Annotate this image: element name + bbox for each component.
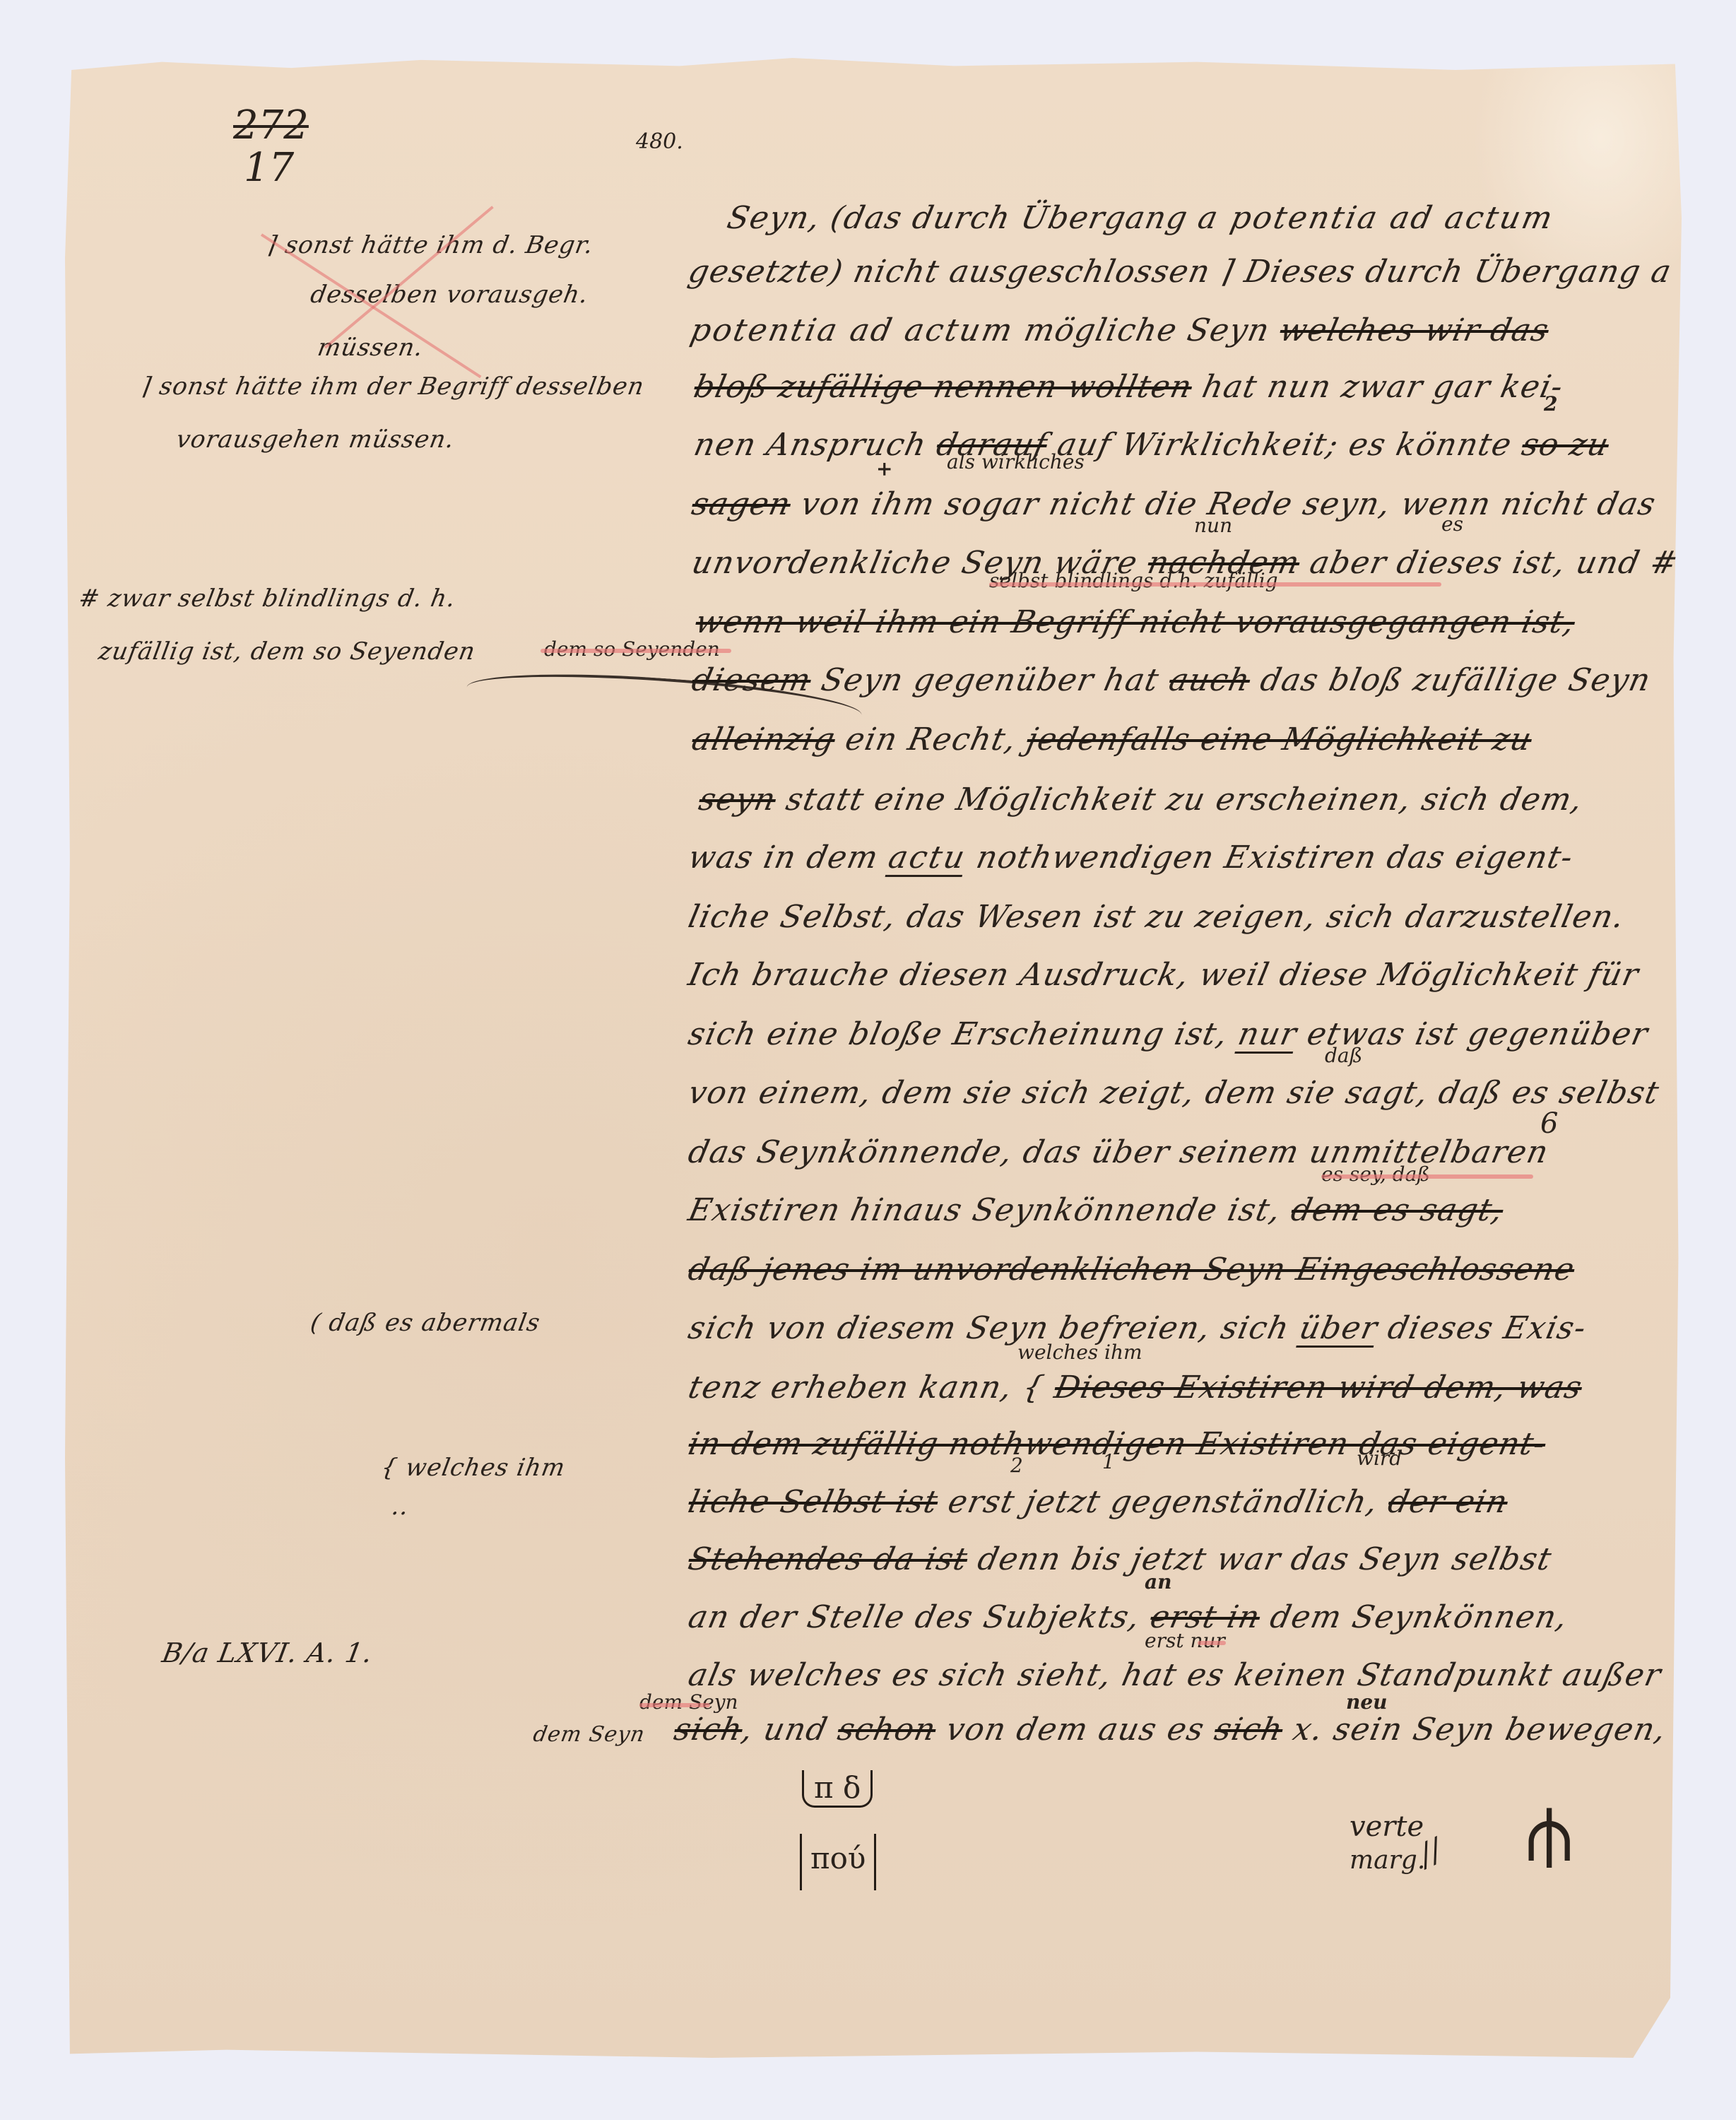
text-segment: gesetzte) nicht ausgeschlossen ⌉ Dieses … (685, 254, 1655, 290)
struck-text: so zu (1518, 427, 1612, 463)
manuscript-line: daß jenes im unvordenklichen Seyn Einges… (685, 1254, 1578, 1285)
manuscript-line: liche Selbst, das Wesen ist zu zeigen, s… (685, 902, 1627, 933)
text-segment: auf Wirklichkeit; es könnte (1043, 427, 1526, 463)
text-segment: erst jetzt gegenständlich, (934, 1484, 1393, 1520)
shelfmark: B/a LXVI. A. 1. (160, 1639, 375, 1666)
text-segment: denn bis jetzt war das Seyn selbst (964, 1541, 1556, 1577)
text-segment: nothwendigen Existiren das eigent- (962, 840, 1577, 876)
interlinear-insertion: neu (1346, 1692, 1388, 1712)
text-segment: was in dem (685, 840, 893, 876)
verte-note: verte (1350, 1813, 1424, 1841)
manuscript-line: diesem Seyn gegenüber hat auch das bloß … (689, 665, 1653, 696)
manuscript-line: was in dem actu nothwendigen Existiren d… (685, 842, 1576, 873)
struck-text: bloß zufällige nennen wollten (691, 369, 1196, 405)
manuscript-line: seyn statt eine Möglichkeit zu erscheine… (696, 784, 1586, 815)
struck-text: alleinzig (689, 722, 839, 758)
text-segment: aber dieses ist, und # (1296, 545, 1682, 581)
text-segment: statt eine Möglichkeit zu erscheinen, si… (772, 782, 1587, 818)
text-segment: von einem, dem sie sich zeigt, dem sie s… (685, 1075, 1663, 1111)
text-segment: über (1297, 1310, 1381, 1346)
page-number: 480. (636, 131, 683, 153)
text-segment: nur (1235, 1016, 1301, 1052)
text-segment: hat nun zwar gar kei- (1188, 369, 1567, 405)
text-segment: an der Stelle des Subjekts, (685, 1599, 1155, 1635)
text-segment: dieses Exis- (1374, 1310, 1590, 1346)
struck-text: Dieses Existiren wird dem, was (1051, 1370, 1586, 1406)
text-segment: nen Anspruch (691, 427, 941, 463)
interlinear-insertion-red-struck: selbst blindlings d.h. zufällig (989, 571, 1278, 591)
struck-text: der ein (1385, 1484, 1511, 1520)
manuscript-line: alleinzig ein Recht, jedenfalls eine Mög… (689, 724, 1535, 755)
struck-text: daß jenes im unvordenklichen Seyn Einges… (685, 1252, 1578, 1288)
interlinear-insertion: an (1145, 1572, 1172, 1592)
struck-text: dem es sagt, (1288, 1192, 1507, 1228)
interlinear-insertion: daß (1325, 1046, 1362, 1066)
text-segment: Seyn, (das durch Übergang (724, 200, 1203, 236)
text-segment: mögliche Seyn (1010, 312, 1284, 348)
insertion-mark: + (876, 459, 892, 479)
red-strike-mark (1198, 1641, 1226, 1645)
interlinear-insertion: wird (1357, 1449, 1402, 1468)
red-strike-mark (1321, 1174, 1533, 1179)
manuscript-line: Stehendes da ist denn bis jetzt war das … (685, 1544, 1554, 1575)
text-segment: sich von diesem Seyn befreien, sich (685, 1310, 1304, 1346)
margin-note-line: ⌉ sonst hätte ihm der Begriff desselben (139, 375, 646, 399)
interlinear-insertion-red-struck: dem Seyn (639, 1692, 738, 1712)
red-strike-mark (541, 649, 731, 653)
margin-note-line: # zwar selbst blindlings d. h. (77, 587, 458, 611)
interlinear-insertion: welches ihm (1017, 1343, 1142, 1362)
text-segment: x. sein Seyn bewegen, (1279, 1712, 1670, 1748)
verte-marg-note: marg. (1350, 1848, 1425, 1873)
interlinear-insertion: nun (1194, 516, 1232, 536)
text-segment: das bloß zufällige Seyn (1246, 662, 1655, 698)
manuscript-line: potentia ad actum mögliche Seyn welches … (687, 315, 1552, 346)
struck-text: Stehendes da ist (685, 1541, 972, 1577)
red-strike-mark (989, 582, 1441, 587)
manuscript-line: bloß zufällige nennen wollten hat nun zw… (691, 372, 1566, 403)
text-segment: Ich brauche diesen Ausdruck, weil diese … (685, 957, 1643, 993)
struck-text: auch (1166, 662, 1253, 698)
text-segment: ein Recht, (831, 722, 1031, 758)
manuscript-line: Existiren hinaus Seynkönnende ist, dem e… (685, 1195, 1506, 1226)
transposition-number: 1 (1102, 1452, 1115, 1472)
manuscript-line: in dem zufällig nothwendigen Existiren d… (685, 1429, 1549, 1460)
struck-text: diesem (689, 662, 815, 698)
transposition-number: 2 (1010, 1456, 1023, 1476)
text-segment: als welches es sich sieht, hat es keinen… (685, 1657, 1665, 1693)
manuscript-line: von einem, dem sie sich zeigt, dem sie s… (685, 1078, 1662, 1109)
text-segment: Seyn gegenüber hat (807, 662, 1174, 698)
manuscript-line: liche Selbst ist erst jetzt gegenständli… (685, 1487, 1511, 1518)
struck-text: sich (671, 1712, 746, 1748)
text-segment: liche Selbst, das Wesen ist zu zeigen, s… (685, 899, 1629, 935)
struck-text: jedenfalls eine Möglichkeit zu (1024, 722, 1536, 758)
latin-phrase: actu (885, 840, 970, 876)
struck-text: schon (834, 1712, 940, 1748)
manuscript-line: wenn weil ihm ein Begriff nicht vorausge… (692, 607, 1578, 638)
greek-annotation: πού (800, 1834, 876, 1890)
old-folio-number-struck: 272 (233, 106, 309, 146)
interlinear-insertion: es (1441, 514, 1463, 534)
latin-phrase: potentia ad actum (687, 312, 1018, 348)
margin-note-daß-es-abermals: ( daß es abermals (309, 1311, 542, 1335)
text-segment: Existiren hinaus Seynkönnende ist, (685, 1192, 1296, 1228)
text-segment: von dem aus es (932, 1712, 1219, 1748)
latin-phrase: a potentia ad actum (1195, 200, 1558, 236)
greek-annotation-boxed: π δ (802, 1770, 873, 1808)
text-segment: dem Seynkönnen, (1256, 1599, 1571, 1635)
manuscript-line: sich eine bloße Erscheinung ist, nur etw… (685, 1019, 1651, 1050)
struck-text: wenn weil ihm ein Begriff nicht vorausge… (692, 604, 1579, 640)
manuscript-line: gesetzte) nicht ausgeschlossen ⌉ Dieses … (685, 257, 1675, 288)
interlinear-insertion: 2 (1544, 394, 1557, 414)
bottom-line-prefix: dem Seyn (531, 1724, 646, 1745)
struck-text: in dem zufällig nothwendigen Existiren d… (685, 1426, 1549, 1462)
struck-text: liche Selbst ist (685, 1484, 942, 1520)
manuscript-line: sich, und schon von dem aus es sich x. s… (671, 1714, 1669, 1745)
struck-text: sagen (689, 486, 795, 522)
text-segment: sich eine bloße Erscheinung ist, (685, 1016, 1243, 1052)
margin-note-line: ⌉ sonst hätte ihm d. Begr. (265, 233, 596, 257)
margin-note-line: zufällig ist, dem so Seyenden (97, 640, 478, 664)
manuscript-line: sagen von ihm sogar nicht die Rede seyn,… (689, 489, 1658, 520)
text-segment: tenz erheben kann, { (685, 1370, 1059, 1406)
interlinear-insertion: 6 (1540, 1109, 1558, 1138)
manuscript-line: Ich brauche diesen Ausdruck, weil diese … (685, 960, 1641, 991)
manuscript-line: sich von diesem Seyn befreien, sich über… (685, 1313, 1589, 1344)
manuscript-line: tenz erheben kann, { Dieses Existiren wi… (685, 1372, 1585, 1403)
manuscript-line: nen Anspruch darauf auf Wirklichkeit; es… (691, 430, 1612, 461)
interlinear-insertion: als wirkliches (947, 452, 1085, 472)
manuscript-page (65, 58, 1682, 2058)
struck-text: seyn (696, 782, 780, 818)
signature-mark: ⫛ (1526, 1795, 1572, 1873)
struck-text: sich (1211, 1712, 1286, 1748)
margin-note-line: vorausgehen müssen. (175, 428, 456, 452)
margin-note-welches-ihm: { welches ihm (379, 1456, 567, 1480)
folio-number: 17 (244, 148, 294, 188)
manuscript-line: als welches es sich sieht, hat es keinen… (685, 1660, 1664, 1691)
struck-text: welches wir das (1277, 312, 1552, 348)
manuscript-line: Seyn, (das durch Übergang a potentia ad … (724, 203, 1557, 234)
text-segment: , und (738, 1712, 842, 1748)
red-strike-mark (639, 1703, 710, 1707)
manuscript-line: an der Stelle des Subjekts, erst in dem … (685, 1602, 1571, 1633)
